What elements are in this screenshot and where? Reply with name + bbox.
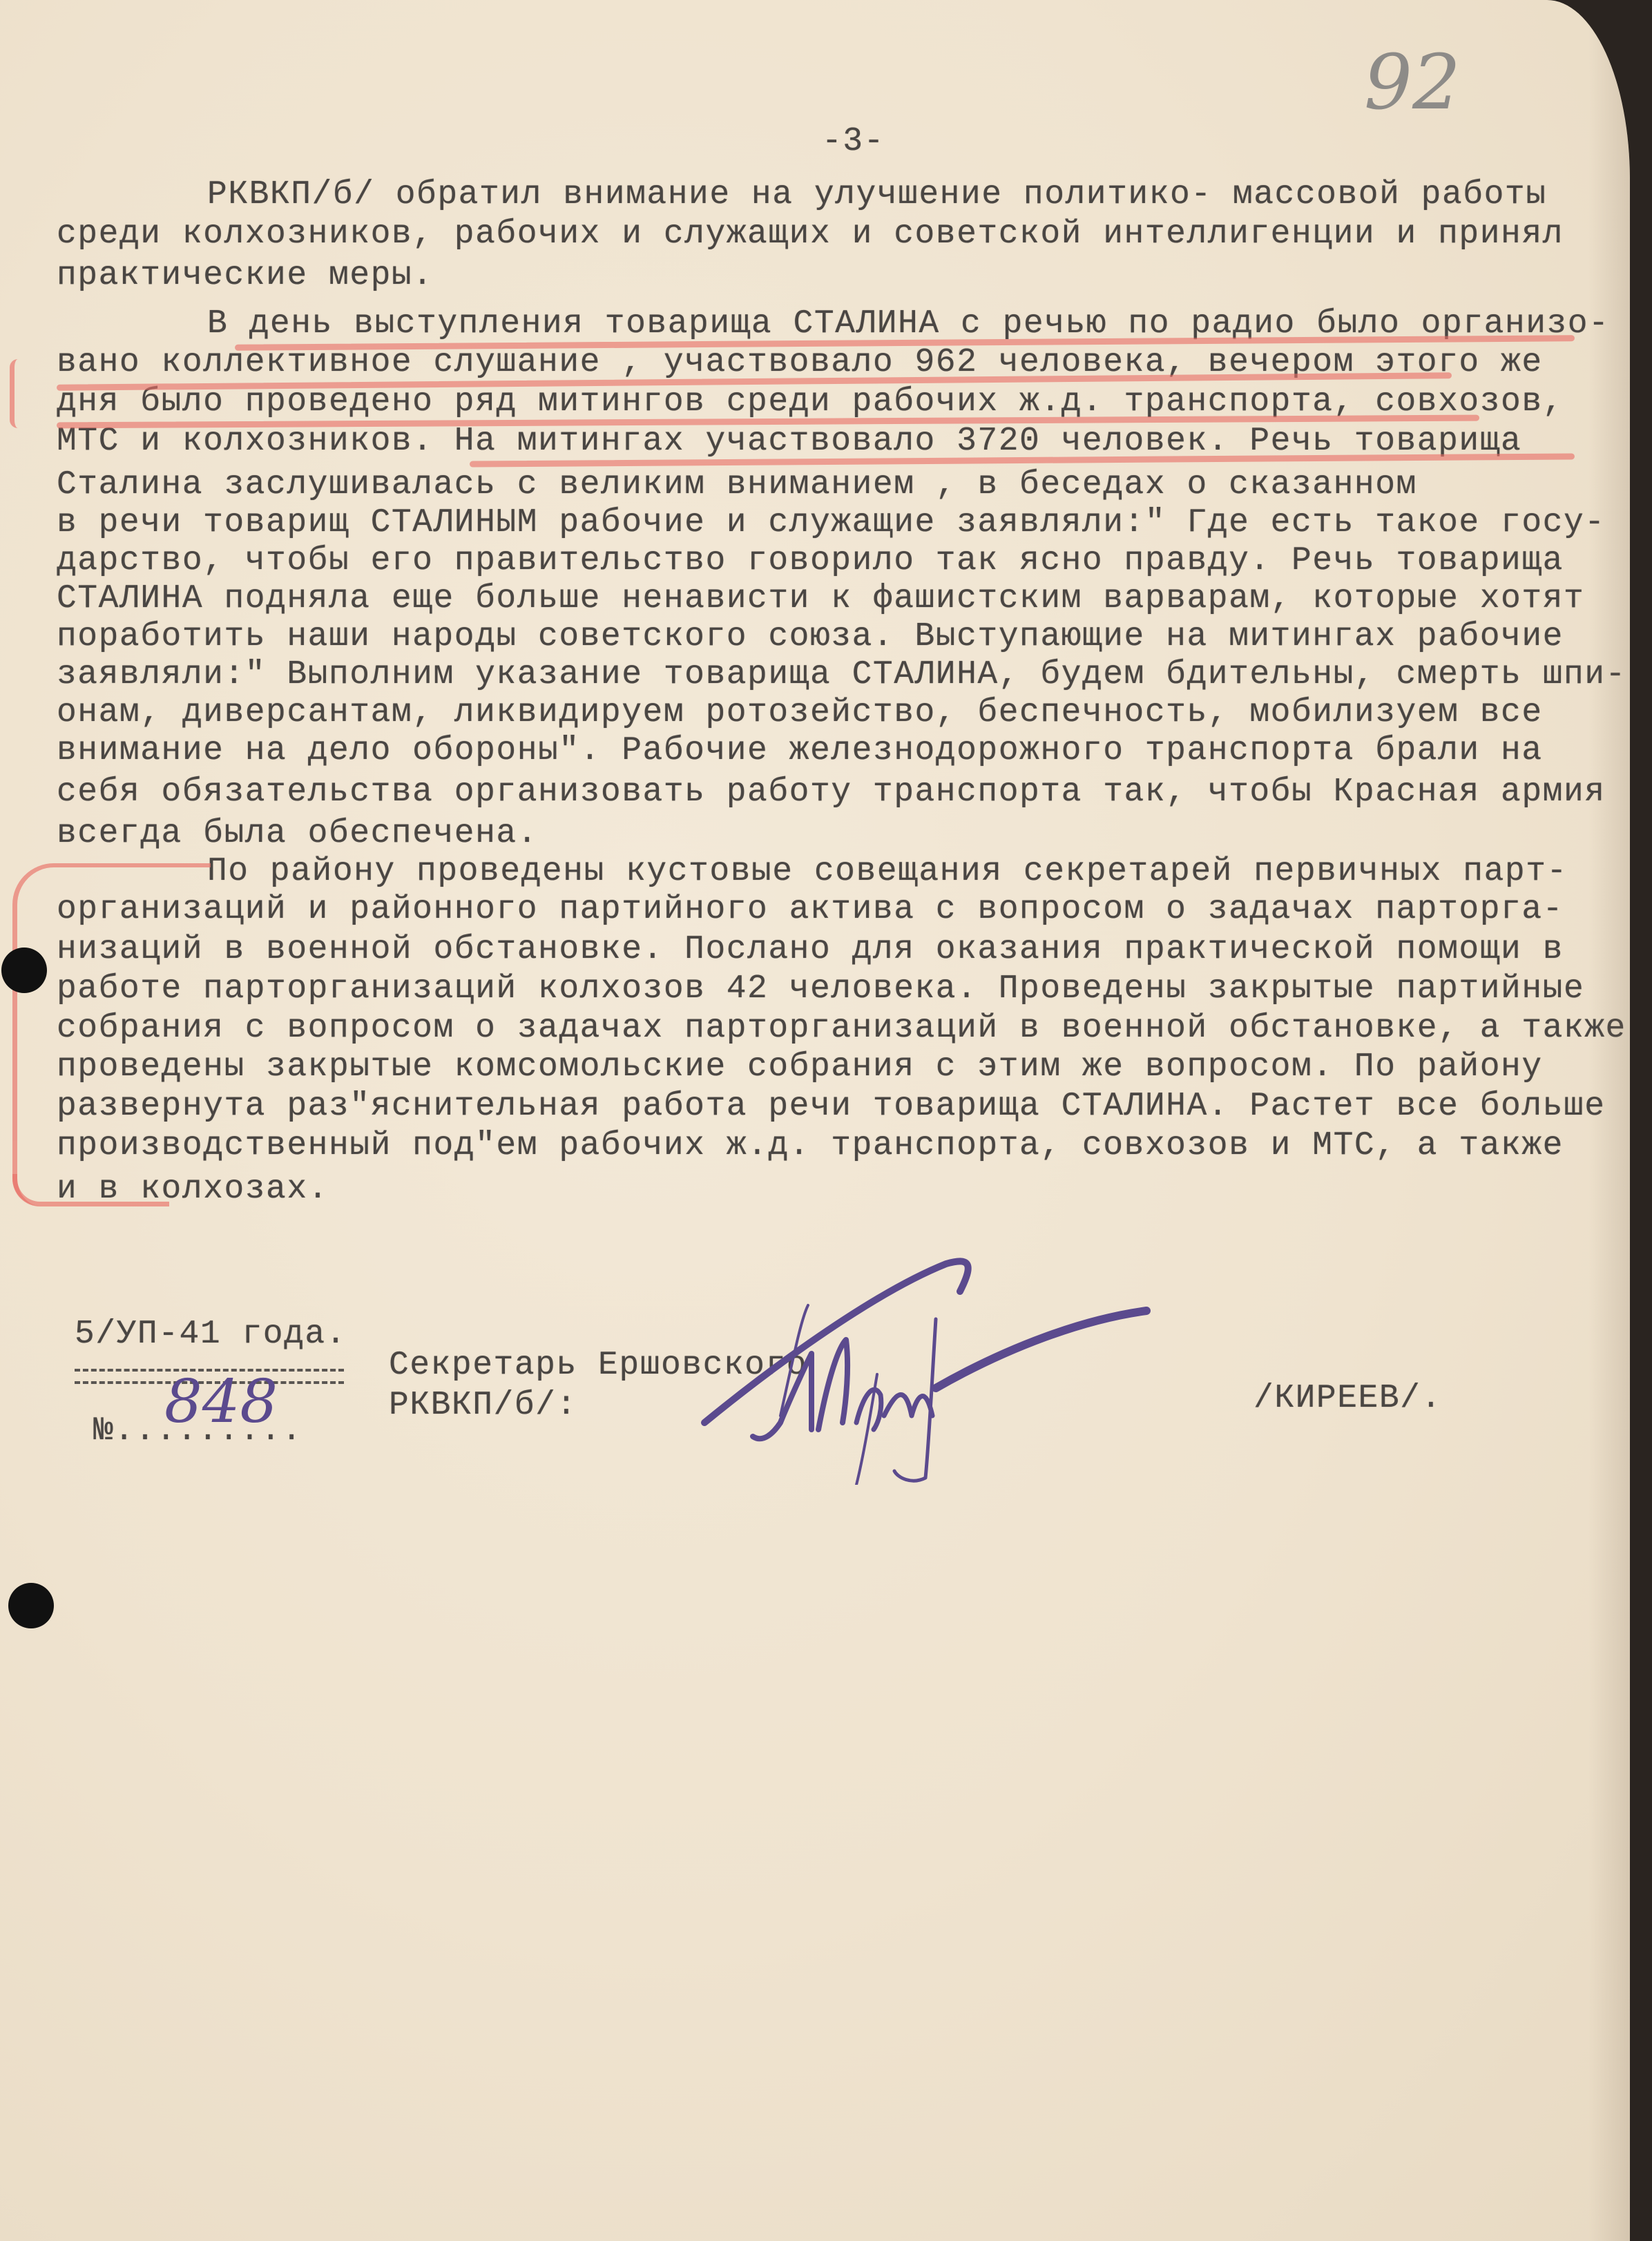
document-date: 5/УП-41 года.: [75, 1316, 347, 1353]
page-number: -3-: [822, 123, 885, 160]
text-line: всегда была обеспечена.: [57, 815, 538, 852]
signatory-party: РКВКП/б/:: [389, 1387, 577, 1424]
red-margin-mark: [10, 359, 27, 428]
text-line: Сталина заслушивалась с великим внимание…: [57, 466, 1417, 503]
binding-hole: [1, 948, 47, 993]
red-margin-bracket-bottom: [12, 1174, 169, 1206]
text-line: проведены закрытые комсомольские собрани…: [57, 1048, 1543, 1086]
text-line: себя обязательства организовать работу т…: [57, 773, 1606, 811]
text-line: МТС и колхозников. На митингах участвова…: [57, 423, 1521, 460]
text-line: практические меры.: [57, 257, 433, 294]
text-line: работе парторганизаций колхозов 42 челов…: [57, 970, 1584, 1008]
folio-number: 92: [1364, 38, 1461, 126]
text-line: РКВКП/б/ обратил внимание на улучшение п…: [207, 176, 1547, 213]
text-line: организаций и районного партийного актив…: [57, 891, 1564, 928]
text-line: поработить наши народы советского союза.…: [57, 618, 1564, 655]
document-number-handwritten: 848: [164, 1367, 278, 1436]
text-line: дарство, чтобы его правительство говорил…: [57, 542, 1564, 579]
text-line: онам, диверсантам, ликвидируем ротозейст…: [57, 694, 1543, 731]
text-line: среди колхозников, рабочих и служащих и …: [57, 215, 1564, 253]
text-line: собрания с вопросом о задачах парторгани…: [57, 1010, 1626, 1047]
document-page: 92 -3- РКВКП/б/ обратил внимание на улуч…: [0, 0, 1630, 2241]
text-line: в речи товарищ СТАЛИНЫМ рабочие и служащ…: [57, 504, 1606, 541]
red-margin-bracket: [12, 863, 211, 1206]
text-line: заявляли:" Выполним указание товарища СТ…: [57, 656, 1626, 693]
handwritten-signature: [698, 1236, 1361, 1485]
text-line: развернута раз"яснительная работа речи т…: [57, 1088, 1606, 1125]
binding-hole: [8, 1583, 54, 1628]
text-line: низаций в военной обстановке. Послано дл…: [57, 931, 1564, 968]
text-line: По району проведены кустовые совещания с…: [207, 853, 1568, 890]
text-line: производственный под"ем рабочих ж.д. тра…: [57, 1127, 1564, 1164]
text-line: СТАЛИНА подняла еще больше ненависти к ф…: [57, 580, 1584, 617]
text-line: внимание на дело обороны". Рабочие желез…: [57, 732, 1543, 769]
